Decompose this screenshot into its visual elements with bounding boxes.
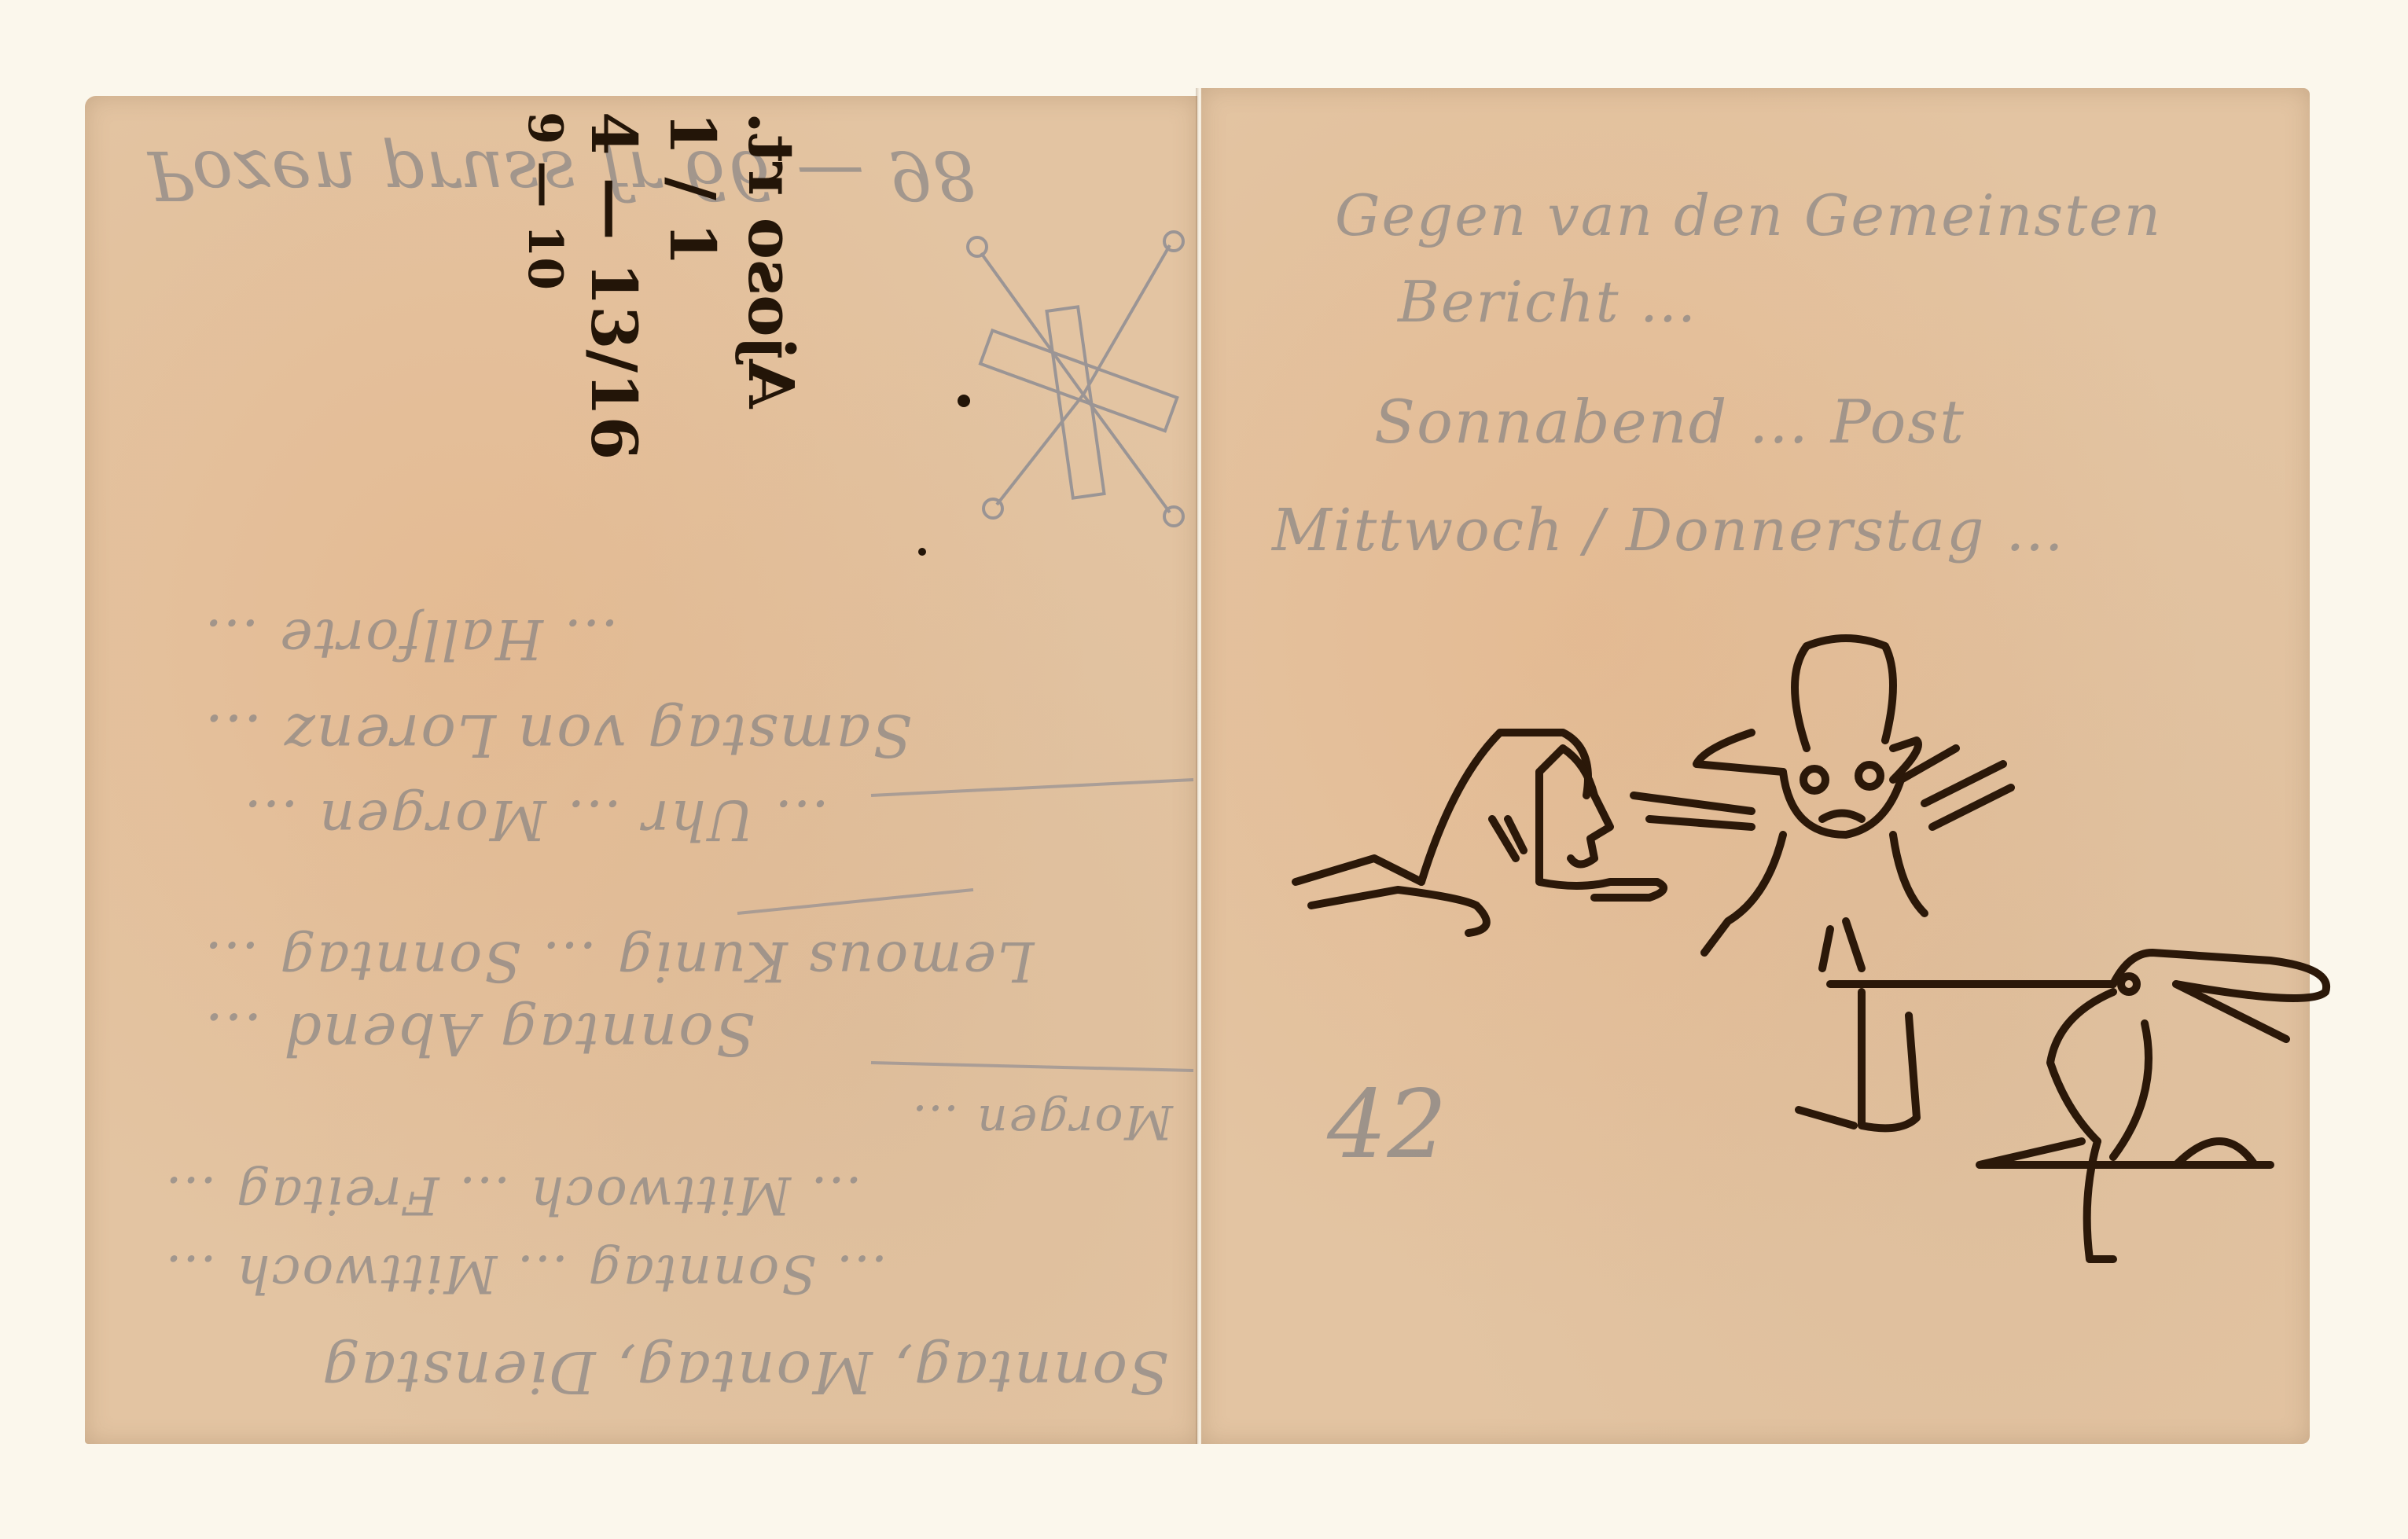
pencil-line: Gegen van den Gemeinsten — [1335, 182, 2162, 248]
pencil-rule-lines — [85, 96, 1197, 1452]
left-page: Pozen pruss fr 66 — 98 Ajoso rt. 1 / 1 4… — [85, 96, 1197, 1444]
pencil-line: Sonnabend … Post — [1374, 387, 1965, 457]
manuscript-sheet: Pozen pruss fr 66 — 98 Ajoso rt. 1 / 1 4… — [85, 88, 2319, 1444]
pencil-line: Bericht … — [1398, 269, 1697, 335]
long-beaked-figure-sketch-icon — [1783, 937, 2349, 1291]
page-number: 42 — [1327, 1071, 1447, 1180]
pencil-line: Mittwoch / Donnerstag … — [1272, 497, 2065, 564]
right-page: Gegen van den Gemeinsten Bericht … Sonna… — [1201, 88, 2310, 1444]
